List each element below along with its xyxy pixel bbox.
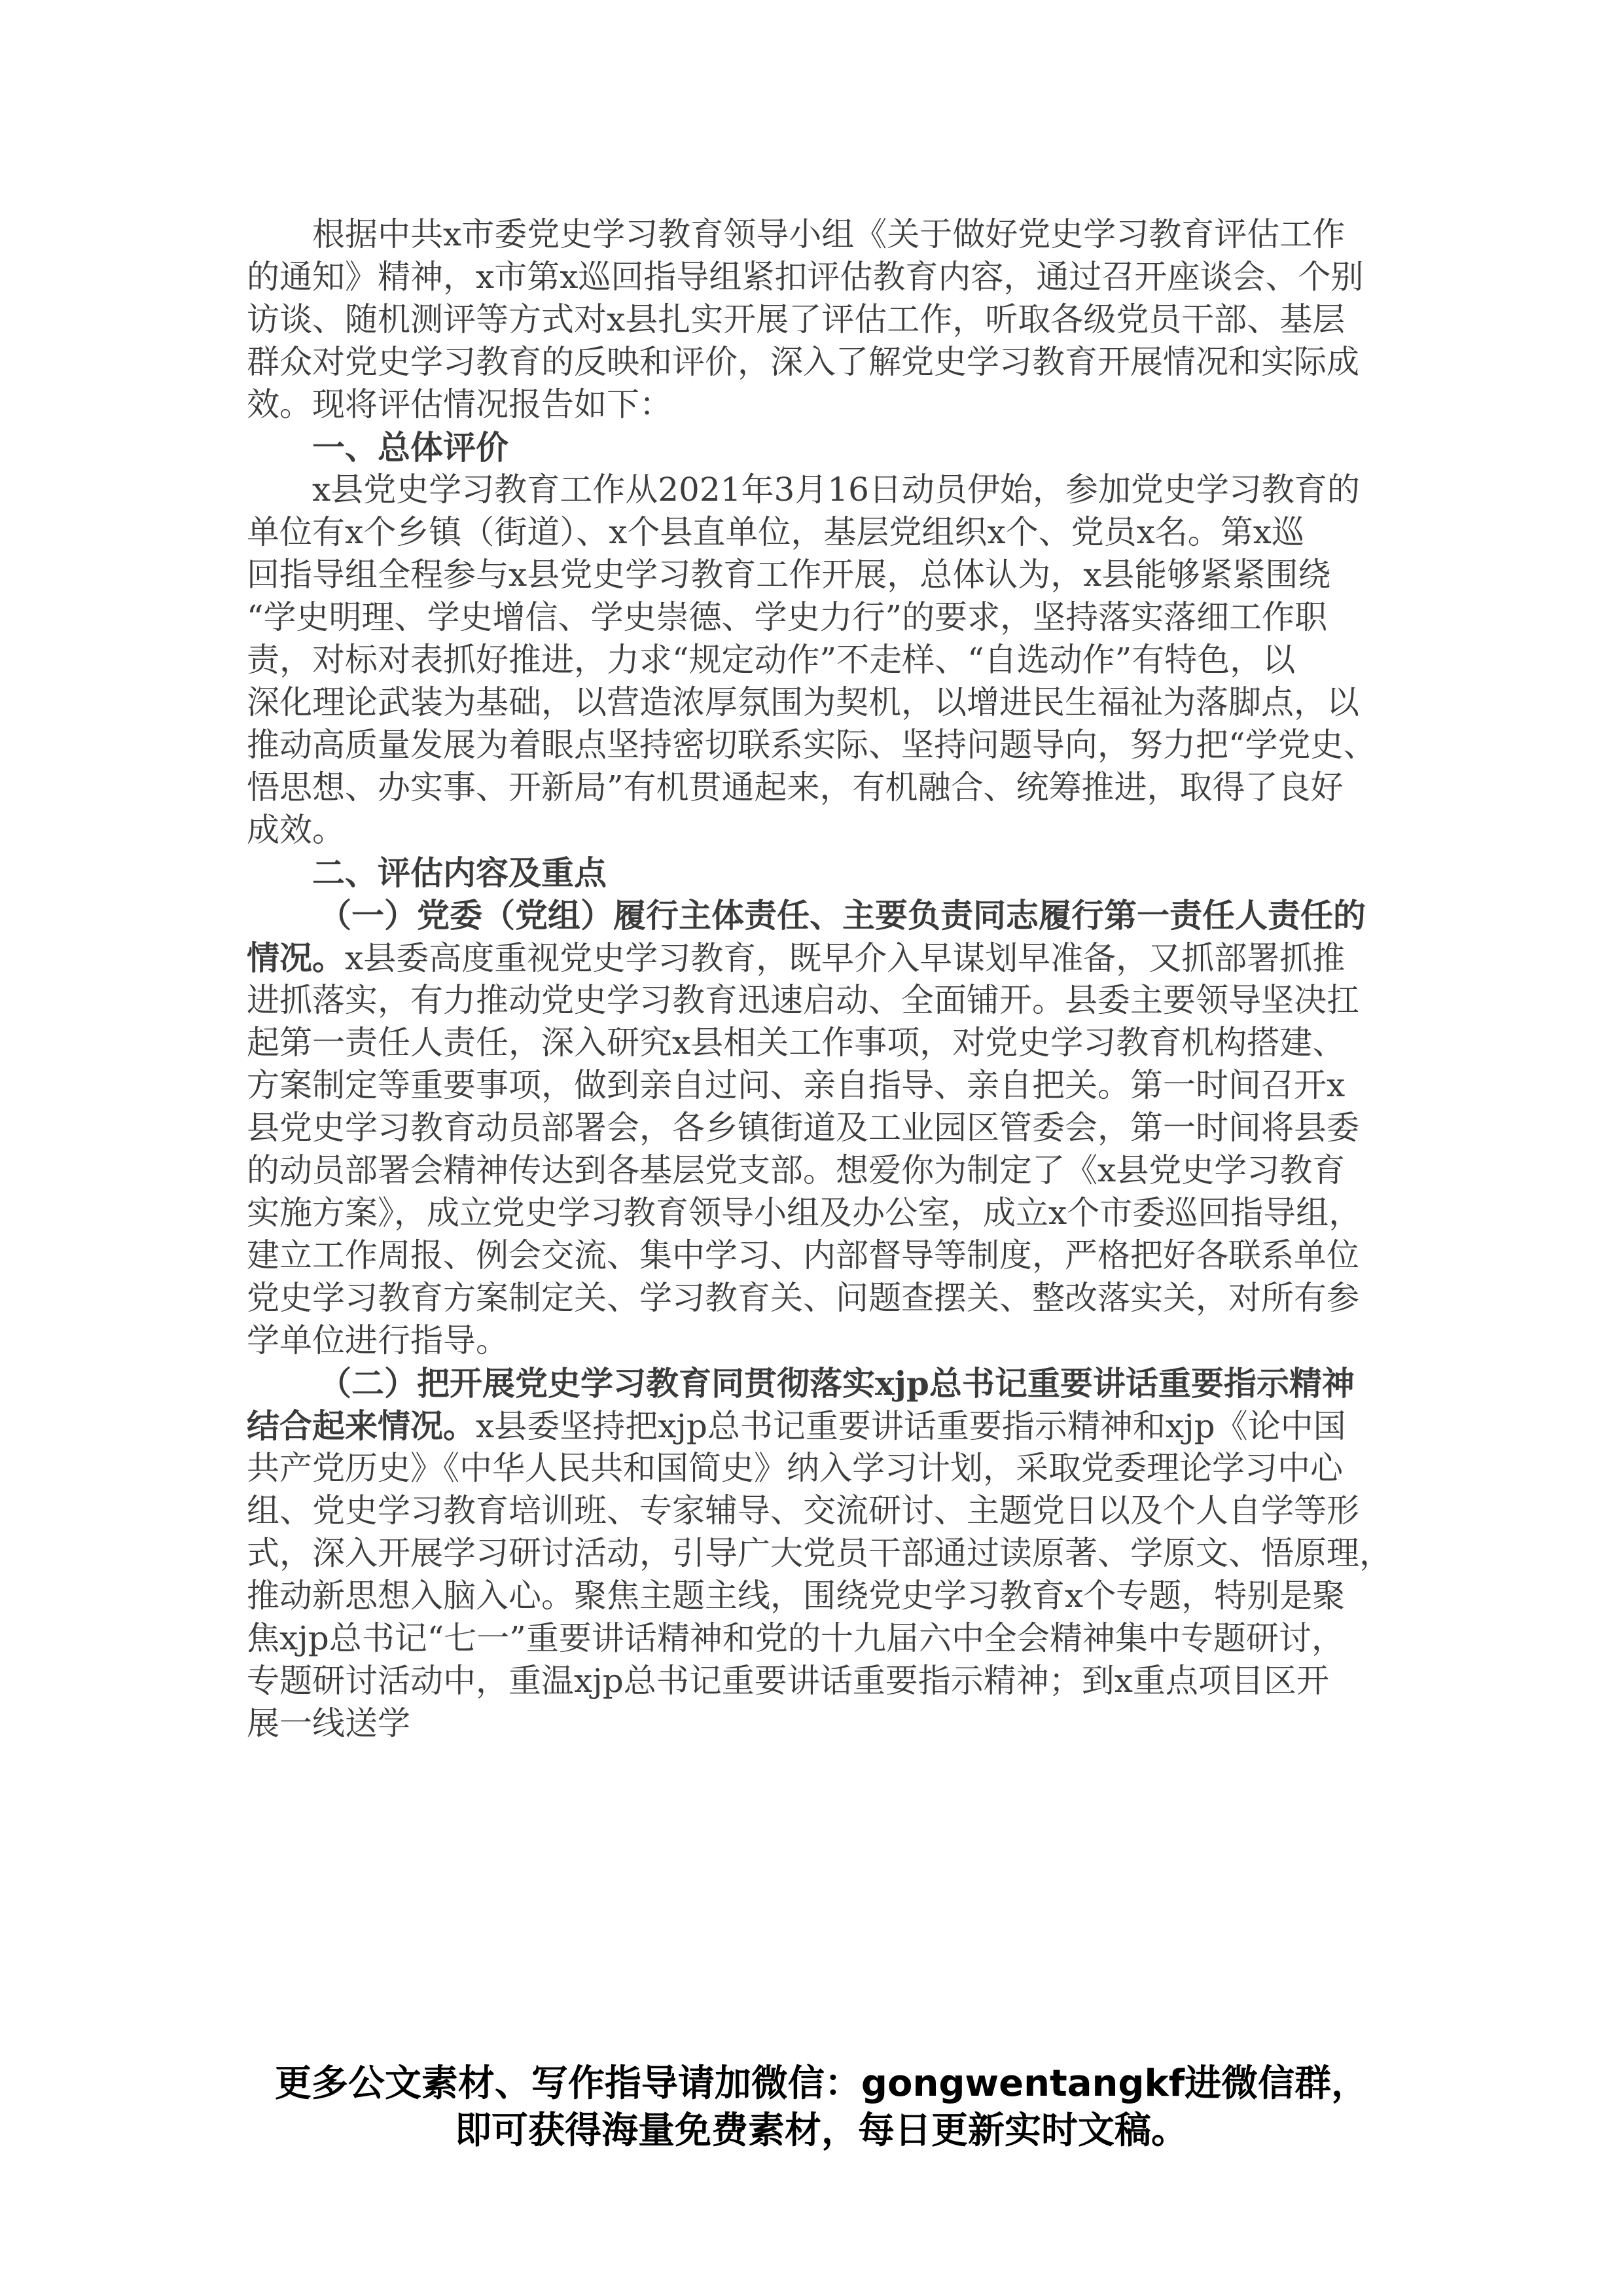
text-line: “学史明理、学史增信、学史崇德、学史力行”的要求，坚持落实落细工作职 — [247, 596, 1399, 639]
text-line: 党史学习教育方案制定关、学习教育关、问题查摆关、整改落实关，对所有参 — [247, 1277, 1399, 1319]
subsection-heading-2-tail: 结合起来情况。 — [247, 1407, 476, 1445]
text-line: 组、党史学习教育培训班、专家辅导、交流研讨、主题党日以及个人自学等形 — [247, 1490, 1399, 1532]
subsection-heading-1-tail: 情况。 — [247, 939, 345, 977]
text-line: 焦xjp总书记“七一”重要讲话精神和党的十九届六中全会精神集中专题研讨， — [247, 1617, 1399, 1660]
text-line: x县委高度重视党史学习教育，既早介入早谋划早准备，又抓部署抓推 — [345, 939, 1345, 977]
text-line: 深化理论武装为基础，以营造浓厚氛围为契机，以增进民生福祉为落脚点，以 — [247, 681, 1399, 724]
document-body: 根据中共x市委党史学习教育领导小组《关于做好党史学习教育评估工作 的通知》精神，… — [247, 213, 1399, 1745]
text-line: 方案制定等重要事项，做到亲自过问、亲自指导、亲自把关。第一时间召开x — [247, 1064, 1399, 1107]
text-line: x县委坚持把xjp总书记重要讲话重要指示精神和xjp《论中国 — [476, 1407, 1346, 1445]
text-line: 悟思想、办实事、开新局”有机贯通起来，有机融合、统筹推进，取得了良好 — [247, 766, 1399, 809]
paragraph-overall: x县党史学习教育工作从2021年3月16日动员伊始，参加党史学习教育的 单位有x… — [247, 469, 1399, 852]
section-heading-overall-evaluation: 一、总体评价 — [247, 426, 1399, 469]
text-line: 建立工作周报、例会交流、集中学习、内部督导等制度，严格把好各联系单位 — [247, 1234, 1399, 1277]
text-line: 学单位进行指导。 — [247, 1319, 1399, 1362]
text-line: 回指导组全程参与x县党史学习教育工作开展，总体认为，x县能够紧紧围绕 — [247, 554, 1399, 596]
text-line: 根据中共x市委党史学习教育领导小组《关于做好党史学习教育评估工作 — [247, 213, 1399, 256]
text-line: x县党史学习教育工作从2021年3月16日动员伊始，参加党史学习教育的 — [247, 469, 1399, 511]
text-line: 进抓落实，有力推动党史学习教育迅速启动、全面铺开。县委主要领导坚决扛 — [247, 979, 1399, 1022]
text-line: 的动员部署会精神传达到各基层党支部。想爱你为制定了《x县党史学习教育 — [247, 1149, 1399, 1192]
text-line: 成效。 — [247, 809, 1399, 852]
text-line: 起第一责任人责任，深入研究x县相关工作事项，对党史学习教育机构搭建、 — [247, 1022, 1399, 1064]
paragraph-implementing-speeches: （二）把开展党史学习教育同贯彻落实xjp总书记重要讲话重要指示精神 结合起来情况… — [247, 1362, 1399, 1745]
text-line: 效。现将评估情况报告如下： — [247, 384, 1399, 426]
document-page: 根据中共x市委党史学习教育领导小组《关于做好党史学习教育评估工作 的通知》精神，… — [0, 0, 1623, 2296]
text-line: 县党史学习教育动员部署会，各乡镇街道及工业园区管委会，第一时间将县委 — [247, 1107, 1399, 1149]
section-heading-evaluation-content: 二、评估内容及重点 — [247, 852, 1399, 894]
paragraph-intro: 根据中共x市委党史学习教育领导小组《关于做好党史学习教育评估工作 的通知》精神，… — [247, 213, 1399, 426]
promo-footer: 更多公文素材、写作指导请加微信：gongwentangkf进微信群， 即可获得海… — [0, 2060, 1623, 2155]
promo-footer-line-2: 即可获得海量免费素材，每日更新实时文稿。 — [20, 2108, 1623, 2155]
text-line: 推动新思想入脑入心。聚焦主题主线，围绕党史学习教育x个专题，特别是聚 — [247, 1575, 1399, 1617]
promo-footer-line-1: 更多公文素材、写作指导请加微信：gongwentangkf进微信群， — [20, 2060, 1623, 2108]
text-line: 共产党历史》《中华人民共和国简史》纳入学习计划，采取党委理论学习中心 — [247, 1447, 1399, 1490]
text-line: 实施方案》，成立党史学习教育领导小组及办公室，成立x个市委巡回指导组， — [247, 1192, 1399, 1234]
text-line: 推动高质量发展为着眼点坚持密切联系实际、坚持问题导向，努力把“学党史、 — [247, 724, 1399, 766]
text-line: 展一线送学 — [247, 1702, 1399, 1745]
subsection-heading-2: （二）把开展党史学习教育同贯彻落实xjp总书记重要讲话重要指示精神 — [247, 1362, 1399, 1405]
subsection-heading-1: （一）党委（党组）履行主体责任、主要负责同志履行第一责任人责任的 — [247, 894, 1399, 937]
text-line: 单位有x个乡镇（街道）、x个县直单位，基层党组织x个、党员x名。第x巡 — [247, 511, 1399, 554]
text-line: 式，深入开展学习研讨活动，引导广大党员干部通过读原著、学原文、悟原理， — [247, 1532, 1399, 1575]
text-line: 访谈、随机测评等方式对x县扎实开展了评估工作，听取各级党员干部、基层 — [247, 298, 1399, 341]
text-line: 责，对标对表抓好推进，力求“规定动作”不走样、“自选动作”有特色，以 — [247, 639, 1399, 681]
text-line: 专题研讨活动中，重温xjp总书记重要讲话重要指示精神；到x重点项目区开 — [247, 1660, 1399, 1702]
text-line: 群众对党史学习教育的反映和评价，深入了解党史学习教育开展情况和实际成 — [247, 341, 1399, 384]
paragraph-party-committee-responsibility: （一）党委（党组）履行主体责任、主要负责同志履行第一责任人责任的 情况。x县委高… — [247, 894, 1399, 1362]
text-line: 的通知》精神，x市第x巡回指导组紧扣评估教育内容，通过召开座谈会、个别 — [247, 256, 1399, 298]
